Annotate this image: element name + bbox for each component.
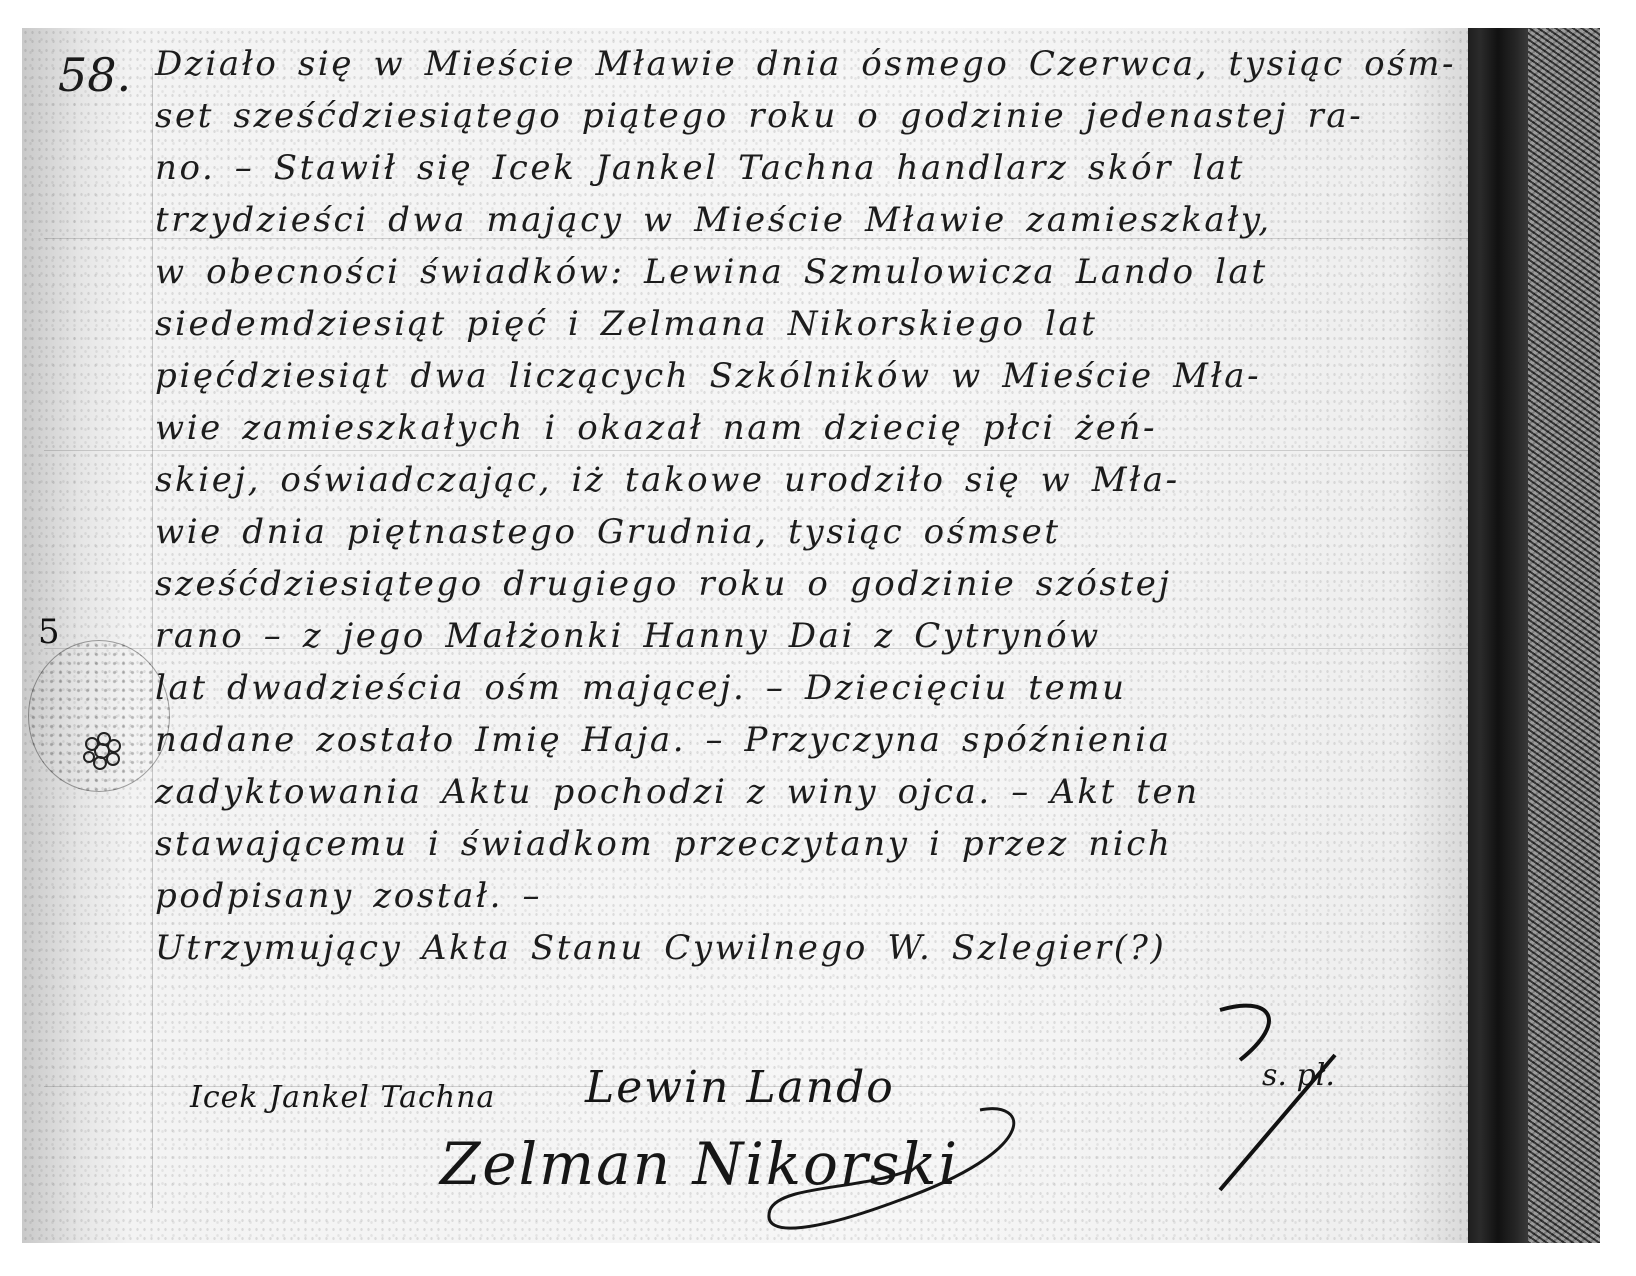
body-line: nadane zostało Imię Haja. – Przyczyna sp… bbox=[155, 714, 1455, 766]
record-body: Działo się w Mieście Mławie dnia ósmego … bbox=[155, 38, 1455, 974]
floral-seal-icon bbox=[80, 730, 124, 772]
book-binding-spine bbox=[1468, 28, 1528, 1243]
body-line: pięćdziesiąt dwa liczących Szkólników w … bbox=[155, 350, 1455, 402]
body-line: wie zamieszkałych i okazał nam dziecię p… bbox=[155, 402, 1455, 454]
margin-rule bbox=[152, 68, 153, 1208]
binding-cloth-texture bbox=[1528, 28, 1600, 1243]
body-line: w obecności świadków: Lewina Szmulowicza… bbox=[155, 246, 1455, 298]
body-line: Działo się w Mieście Mławie dnia ósmego … bbox=[155, 38, 1455, 90]
body-line: rano – z jego Małżonki Hanny Dai z Cytry… bbox=[155, 610, 1455, 662]
body-line: no. – Stawił się Icek Jankel Tachna hand… bbox=[155, 142, 1455, 194]
body-line: podpisany został. – bbox=[155, 870, 1455, 922]
body-line: zadyktowania Aktu pochodzi z winy ojca. … bbox=[155, 766, 1455, 818]
body-line: lat dwadzieścia ośm mającej. – Dziecięci… bbox=[155, 662, 1455, 714]
body-line: sześćdziesiątego drugiego roku o godzini… bbox=[155, 558, 1455, 610]
body-line: stawającemu i świadkom przeczytany i prz… bbox=[155, 818, 1455, 870]
body-line: trzydzieści dwa mający w Mieście Mławie … bbox=[155, 194, 1455, 246]
body-line: set sześćdziesiątego piątego roku o godz… bbox=[155, 90, 1455, 142]
signature-flourish-icon bbox=[1180, 1000, 1380, 1200]
body-line: wie dnia piętnastego Grudnia, tysiąc ośm… bbox=[155, 506, 1455, 558]
registrar-line: Utrzymujący Akta Stanu Cywilnego W. Szle… bbox=[155, 922, 1455, 974]
stamp-numeral: 5 bbox=[38, 612, 60, 652]
body-line: siedemdziesiąt pięć i Zelmana Nikorskieg… bbox=[155, 298, 1455, 350]
body-line: skiej, oświadczając, iż takowe urodziło … bbox=[155, 454, 1455, 506]
signature-loop-flourish-icon bbox=[440, 1090, 1060, 1260]
record-number: 58. bbox=[58, 48, 131, 102]
